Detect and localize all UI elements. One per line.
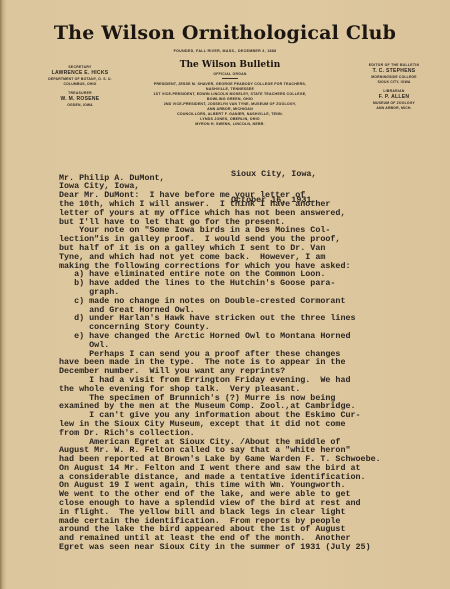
divider <box>222 78 238 79</box>
affiliation: MUSEUM OF ZOOLOGY <box>340 101 448 105</box>
editor-block: EDITOR OF THE BULLETIN T. C. STEPHENS MO… <box>340 63 448 84</box>
bulletin-title: The Wilson Bulletin <box>120 60 340 70</box>
affiliation: MORNINGSIDE COLLEGE <box>340 75 448 79</box>
founded-line: FOUNDED, FALL RIVER, MASS., DECEMBER 3, … <box>0 49 450 53</box>
letter-line <box>59 156 444 165</box>
letter-line: e) have changed the Arctic Horned Owl to… <box>59 332 444 341</box>
affiliation: ANN ARBOR, MICH. <box>340 106 448 110</box>
role-label: EDITOR OF THE BULLETIN <box>340 63 448 67</box>
letter-page: The Wilson Ornithological Club FOUNDED, … <box>0 0 450 589</box>
librarian-block: LIBRARIAN F. P. ALLEN MUSEUM OF ZOOLOGY … <box>340 89 448 110</box>
letterhead-right-column: EDITOR OF THE BULLETIN T. C. STEPHENS MO… <box>340 63 448 115</box>
club-title: The Wilson Ornithological Club <box>0 22 450 44</box>
officer-name: F. P. ALLEN <box>340 94 448 100</box>
role-label: LIBRARIAN <box>340 89 448 93</box>
officer-name: T. C. STEPHENS <box>340 68 448 74</box>
official-organ-label: OFFICIAL ORGAN <box>120 72 340 76</box>
letter-line: Egret was seen near Sioux City in the su… <box>59 543 444 552</box>
affiliation: SIOUX CITY, IOWA <box>340 80 448 84</box>
letterhead-center: The Wilson Bulletin OFFICIAL ORGAN PRESI… <box>120 60 340 127</box>
letter-body: Mr. Philip A. DuMont,Iowa City, Iowa,Dea… <box>59 156 444 552</box>
officer-line: MYRON H. SWENK, LINCOLN, NEBR. <box>120 122 340 127</box>
